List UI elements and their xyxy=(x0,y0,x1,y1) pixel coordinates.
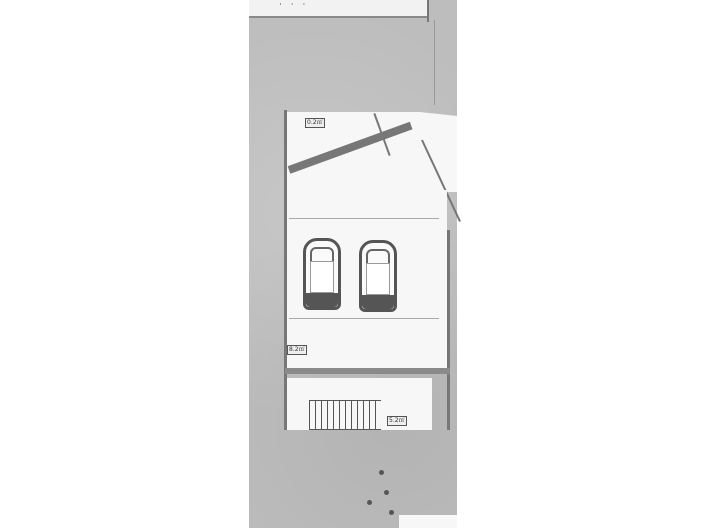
paper-edge xyxy=(399,515,457,528)
car-roof xyxy=(366,263,390,295)
car-rear xyxy=(306,293,338,307)
scanned-plan: · · · 0.2㎡ 8.2㎡ 5.2㎡ xyxy=(249,0,457,528)
guide-line xyxy=(434,20,435,105)
lower-area-label: 5.2㎡ xyxy=(387,416,407,426)
parking-area-label: 8.2㎡ xyxy=(287,345,307,355)
right-wall xyxy=(447,230,450,430)
smudge xyxy=(367,500,372,505)
smudge xyxy=(384,490,389,495)
parking-line xyxy=(289,218,439,219)
car-roof xyxy=(310,261,334,293)
top-marks: · · · xyxy=(279,0,308,10)
divider-wall xyxy=(285,368,450,374)
top-rail xyxy=(427,0,429,22)
car xyxy=(359,240,397,312)
stairs xyxy=(309,400,381,430)
car-rear xyxy=(362,295,394,309)
smudge xyxy=(379,470,384,475)
top-band: · · · xyxy=(249,0,429,18)
car xyxy=(303,238,341,310)
smudge xyxy=(389,510,394,515)
parking-line xyxy=(289,318,439,319)
upper-area-label: 0.2㎡ xyxy=(305,118,325,128)
